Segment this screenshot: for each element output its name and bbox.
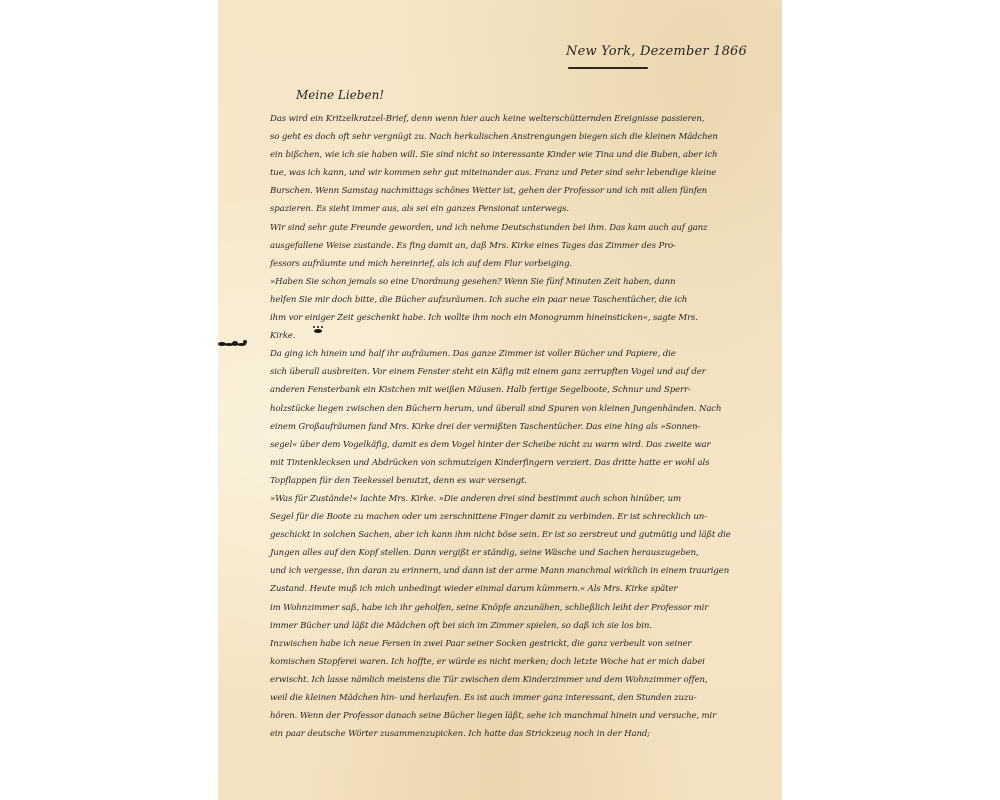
letter-line: so geht es doch oft sehr vergnügt zu. Na…: [270, 128, 736, 146]
letter-line: »Haben Sie schon jemals so eine Unordnun…: [270, 273, 736, 291]
letter-line: Kirke.: [270, 327, 736, 345]
letter-line: ein bißchen, wie ich sie haben will. Sie…: [270, 146, 736, 164]
letter-line: Burschen. Wenn Samstag nachmittags schön…: [270, 182, 736, 200]
letter-line: ausgefallene Weise zustande. Es fing dam…: [270, 237, 736, 255]
letter-line: helfen Sie mir doch bitte, die Bücher au…: [270, 291, 736, 309]
letter-line: weil die kleinen Mädchen hin- und herlau…: [270, 689, 736, 707]
letter-line: komischen Stopferei waren. Ich hoffte, e…: [270, 653, 736, 671]
letter-line: anderen Fensterbank ein Kistchen mit wei…: [270, 381, 736, 399]
letter-line: tue, was ich kann, und wir kommen sehr g…: [270, 164, 736, 182]
letter-line: mit Tintenklecksen und Abdrücken von sch…: [270, 454, 736, 472]
letter-line: Topflappen für den Teekessel benutzt, de…: [270, 472, 736, 490]
letter-line: geschickt in solchen Sachen, aber ich ka…: [270, 526, 736, 544]
letter-line: Das wird ein Kritzelkratzel-Brief, denn …: [270, 110, 736, 128]
letter-date: New York, Dezember 1866: [566, 44, 766, 59]
letter-line: Wir sind sehr gute Freunde geworden, und…: [270, 219, 736, 237]
letter-line: segel« über dem Vogelkäfig, damit es dem…: [270, 436, 736, 454]
letter-line: hören. Wenn der Professor danach seine B…: [270, 707, 736, 725]
letter-line: spazieren. Es sieht immer aus, als sei e…: [270, 200, 736, 218]
letter-line: Segel für die Boote zu machen oder um ze…: [270, 508, 736, 526]
letter-line: Da ging ich hinein und half ihr aufräume…: [270, 345, 736, 363]
letter-line: einem Großaufräumen fand Mrs. Kirke drei…: [270, 418, 736, 436]
letter-line: und ich vergesse, ihn daran zu erinnern,…: [270, 562, 736, 580]
letter-line: Zustand. Heute muß ich mich unbedingt wi…: [270, 580, 736, 598]
date-underline: [568, 67, 648, 69]
letter-line: fessors aufräumte und mich hereinrief, a…: [270, 255, 736, 273]
letter-line: im Wohnzimmer saß, habe ich ihr geholfen…: [270, 599, 736, 617]
letter-salutation: Meine Lieben!: [296, 88, 384, 102]
ink-blot: [218, 340, 248, 348]
letter-line: erwischt. Ich lasse nämlich meistens die…: [270, 671, 736, 689]
letter-line: Inzwischen habe ich neue Fersen in zwei …: [270, 635, 736, 653]
letter-line: immer Bücher und läßt die Mädchen oft be…: [270, 617, 736, 635]
letter-line: sich überall ausbreiten. Vor einem Fenst…: [270, 363, 736, 381]
letter-body: Das wird ein Kritzelkratzel-Brief, denn …: [270, 110, 736, 743]
letter-line: ein paar deutsche Wörter zusammenzupicke…: [270, 725, 736, 743]
letter-line: ihm vor einiger Zeit geschenkt habe. Ich…: [270, 309, 736, 327]
letter-line: holzstücke liegen zwischen den Büchern h…: [270, 400, 736, 418]
letter-line: Jungen alles auf den Kopf stellen. Dann …: [270, 544, 736, 562]
letter-line: »Was für Zustände!« lachte Mrs. Kirke. »…: [270, 490, 736, 508]
